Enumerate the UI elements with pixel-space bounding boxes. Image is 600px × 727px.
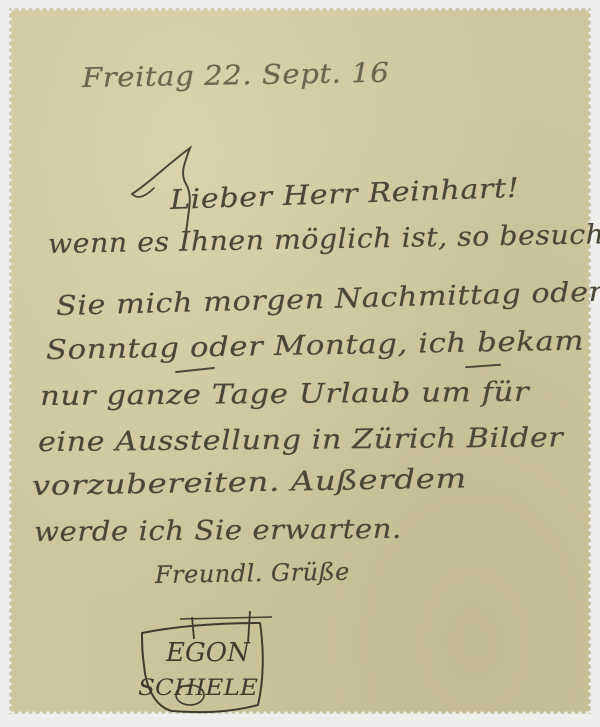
body-line-2: Sie mich morgen Nachmittag oder: [56, 277, 600, 322]
body-line-7: werde ich Sie erwarten.: [34, 514, 402, 548]
body-line-4: nur ganze Tage Urlaub um für: [40, 377, 530, 412]
perforated-edge-top: [10, 7, 590, 11]
perforated-edge-bottom: [10, 711, 590, 715]
underline-oder: [175, 367, 215, 373]
svg-text:EGON: EGON: [165, 638, 251, 668]
body-line-3: Sonntag oder Montag, ich bekam: [46, 326, 585, 366]
letter-sheet: Freitag 22. Sept. 16 Lieber Herr Reinhar…: [10, 9, 590, 713]
letter-date: Freitag 22. Sept. 16: [82, 58, 390, 94]
underline-bekam: [465, 364, 501, 369]
signature-monogram-icon: EGON SCHIELE: [132, 609, 282, 721]
body-line-6: vorzubereiten. Außerdem: [32, 463, 467, 502]
letter-closing: Freundl. Grüße: [155, 558, 350, 589]
perforated-edge-left: [8, 9, 12, 713]
letter-greeting: Lieber Herr Reinhart!: [169, 173, 519, 216]
body-line-5: eine Ausstellung in Zürich Bilder: [38, 422, 564, 458]
perforated-edge-right: [588, 9, 592, 713]
svg-text:SCHIELE: SCHIELE: [138, 676, 258, 701]
